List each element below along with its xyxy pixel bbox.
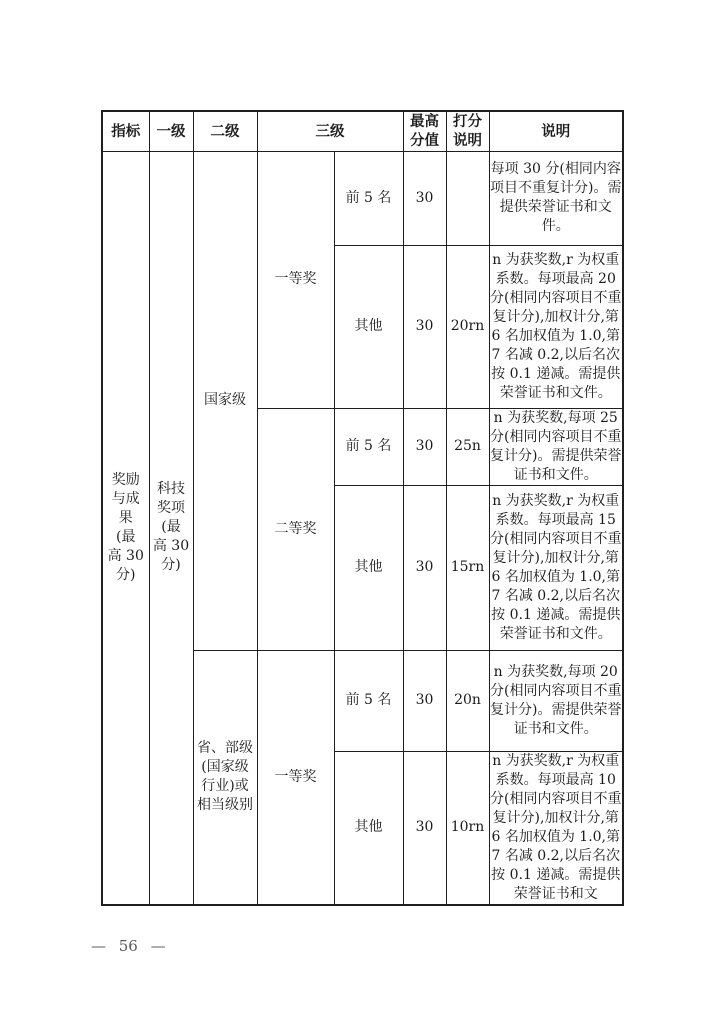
table-header-row: 指标 一级 二级 三级 最高 分值 打分 说明 说明	[102, 111, 623, 151]
cell-scoring-formula: 20rn	[446, 245, 489, 408]
document-page: 指标 一级 二级 三级 最高 分值 打分 说明 说明 奖励 与成 果 (最 高 …	[0, 0, 724, 1024]
cell-scoring-formula: 10rn	[446, 751, 489, 905]
cell-max-score: 30	[403, 245, 446, 408]
header-cell-level3: 三级	[257, 111, 403, 151]
cell-scoring-formula: 20n	[446, 650, 489, 751]
cell-rank: 其他	[334, 751, 403, 905]
cell-rank: 其他	[334, 485, 403, 650]
cell-rank: 前 5 名	[334, 408, 403, 485]
cell-max-score: 30	[403, 485, 446, 650]
header-cell-level1: 一级	[149, 111, 193, 151]
header-cell-scoring-note: 打分 说明	[446, 111, 489, 151]
cell-rank: 其他	[334, 245, 403, 408]
cell-indicator-awards-achievements: 奖励 与成 果 (最 高 30 分)	[102, 151, 149, 905]
cell-scoring-formula: 25n	[446, 408, 489, 485]
page-number: — 56 —	[91, 937, 166, 955]
scoring-rubric-table: 指标 一级 二级 三级 最高 分值 打分 说明 说明 奖励 与成 果 (最 高 …	[101, 110, 624, 906]
header-cell-level2: 二级	[193, 111, 257, 151]
cell-scoring-formula	[446, 151, 489, 245]
cell-rank: 前 5 名	[334, 151, 403, 245]
cell-description: n 为获奖数,r 为权重系数。每项最高 20 分(相同内容项目不重复计分),加权…	[489, 245, 623, 408]
cell-level3-national-first-prize: 一等奖	[257, 151, 334, 408]
cell-level2-provincial-ministerial: 省、部级 (国家级 行业)或 相当级别	[193, 650, 257, 905]
header-cell-max-score: 最高 分值	[403, 111, 446, 151]
cell-description: n 为获奖数,r 为权重系数。每项最高 15 分(相同内容项目不重复计分),加权…	[489, 485, 623, 650]
header-cell-indicator: 指标	[102, 111, 149, 151]
cell-description: 每项 30 分(相同内容项目不重复计分)。需提供荣誉证书和文件。	[489, 151, 623, 245]
cell-max-score: 30	[403, 650, 446, 751]
cell-level1-sci-tech-awards: 科技 奖项 (最 高 30 分)	[149, 151, 193, 905]
cell-description: n 为获奖数,每项 25 分(相同内容项目不重复计分)。需提供荣誉证书和文件。	[489, 408, 623, 485]
cell-description: n 为获奖数,每项 20 分(相同内容项目不重复计分)。需提供荣誉证书和文件。	[489, 650, 623, 751]
cell-max-score: 30	[403, 408, 446, 485]
cell-max-score: 30	[403, 751, 446, 905]
cell-max-score: 30	[403, 151, 446, 245]
cell-level3-national-second-prize: 二等奖	[257, 408, 334, 650]
cell-rank: 前 5 名	[334, 650, 403, 751]
cell-level3-provincial-first-prize: 一等奖	[257, 650, 334, 905]
header-cell-description: 说明	[489, 111, 623, 151]
cell-scoring-formula: 15rn	[446, 485, 489, 650]
cell-description: n 为获奖数,r 为权重系数。每项最高 10 分(相同内容项目不重复计分),加权…	[489, 751, 623, 905]
cell-level2-national: 国家级	[193, 151, 257, 650]
table-row: 奖励 与成 果 (最 高 30 分) 科技 奖项 (最 高 30 分) 国家级 …	[102, 151, 623, 245]
